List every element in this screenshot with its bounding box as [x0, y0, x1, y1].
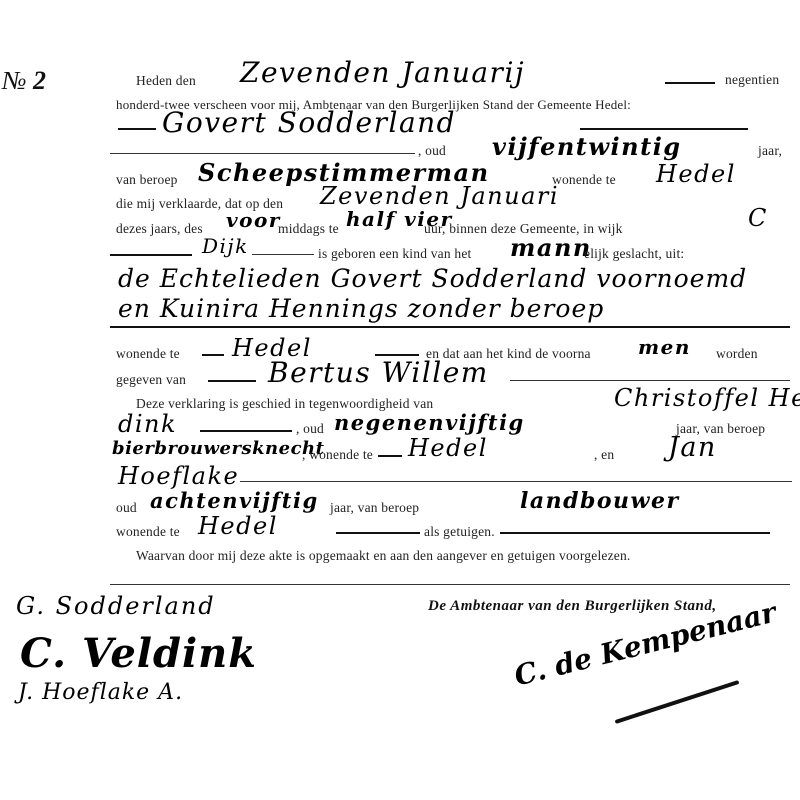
print-geslacht-uit: elijk geslacht, uit:	[584, 246, 684, 262]
fill-line	[202, 354, 224, 356]
number-value: 2	[33, 66, 46, 95]
handwritten-men: men	[638, 335, 691, 359]
print-dezes-jaars: dezes jaars, des	[116, 221, 203, 237]
handwritten-witness1-occupation: bierbrouwersknecht	[112, 438, 324, 459]
handwritten-witness2-surname: Hoeflake	[118, 462, 239, 490]
print-en: , en	[594, 447, 614, 463]
fill-line	[200, 430, 292, 432]
print-van-beroep: van beroep	[116, 172, 178, 188]
fill-line	[580, 128, 748, 130]
print-jaar-beroep: jaar, van beroep	[330, 500, 419, 516]
print-jaar: jaar,	[758, 143, 782, 159]
number-label: №	[2, 66, 27, 95]
print-wonende-te: wonende te	[552, 172, 616, 188]
handwritten-witness2-occupation: landbouwer	[520, 488, 680, 514]
print-negentien: negentien	[725, 72, 779, 88]
handwritten-date: Zevenden Januarij	[240, 56, 525, 89]
handwritten-father-age: vijfentwintig	[492, 132, 682, 161]
fill-line	[252, 254, 314, 255]
signature-flourish	[615, 680, 740, 724]
fill-line	[336, 532, 420, 534]
print-wonende-te: wonende te	[116, 524, 180, 540]
print-heden-den: Heden den	[136, 73, 196, 89]
print-oud: oud	[116, 500, 137, 516]
handwritten-witness2-name: Jan	[668, 432, 717, 463]
print-closing: Waarvan door mij deze akte is opgemaakt …	[136, 548, 631, 564]
handwritten-witness1-residence: Hedel	[408, 434, 488, 462]
handwritten-parents: de Echtelieden Govert Sodderland voornoe…	[118, 264, 747, 293]
fill-line	[110, 254, 192, 256]
print-wonende-te: wonende te	[116, 346, 180, 362]
handwritten-voor: voor	[226, 208, 281, 232]
print-wonende-te: , wonende te	[302, 447, 373, 463]
print-gegeven-van: gegeven van	[116, 372, 186, 388]
handwritten-residence: Hedel	[656, 160, 736, 188]
handwritten-wijk: C	[748, 204, 768, 232]
fill-line	[208, 380, 256, 382]
fill-line	[510, 380, 790, 381]
fill-line	[110, 326, 790, 328]
print-middags-te: middags te	[278, 221, 339, 237]
signature-witness1: C. Veldink	[20, 630, 257, 677]
signature-declarant: G. Sodderland	[16, 592, 216, 620]
print-oud: , oud	[296, 421, 324, 437]
print-worden: worden	[716, 346, 758, 362]
handwritten-witness2-age: achtenvijftig	[150, 488, 319, 513]
fill-line	[665, 82, 715, 84]
handwritten-witness2-residence: Hedel	[198, 512, 278, 540]
handwritten-mother: en Kuinira Hennings zonder beroep	[118, 294, 604, 323]
fill-line	[500, 532, 770, 534]
print-als-getuigen: als getuigen.	[424, 524, 495, 540]
record-number: № 2	[2, 66, 46, 96]
handwritten-child-names: Bertus Willem	[268, 356, 489, 389]
fill-line	[378, 455, 402, 457]
handwritten-gender: mann	[510, 233, 592, 262]
handwritten-birth-date: Zevenden Januari	[320, 182, 559, 210]
fill-line	[110, 153, 415, 154]
signature-witness2: J. Hoeflake A.	[18, 680, 183, 705]
fill-line	[118, 128, 156, 130]
handwritten-father-name: Govert Sodderland	[162, 106, 456, 139]
print-geboren: is geboren een kind van het	[318, 246, 471, 262]
handwritten-dijk: Dijk	[202, 234, 249, 258]
handwritten-witness1-age: negenenvijftig	[334, 410, 525, 435]
handwritten-witness1-name-cont: dink	[118, 410, 177, 438]
print-oud: , oud	[418, 143, 446, 159]
official-title: De Ambtenaar van den Burgerlijken Stand,	[428, 598, 717, 615]
handwritten-witness1-name: Christoffel Hel	[614, 384, 800, 412]
signature-separator	[110, 584, 790, 585]
fill-line	[240, 481, 792, 482]
